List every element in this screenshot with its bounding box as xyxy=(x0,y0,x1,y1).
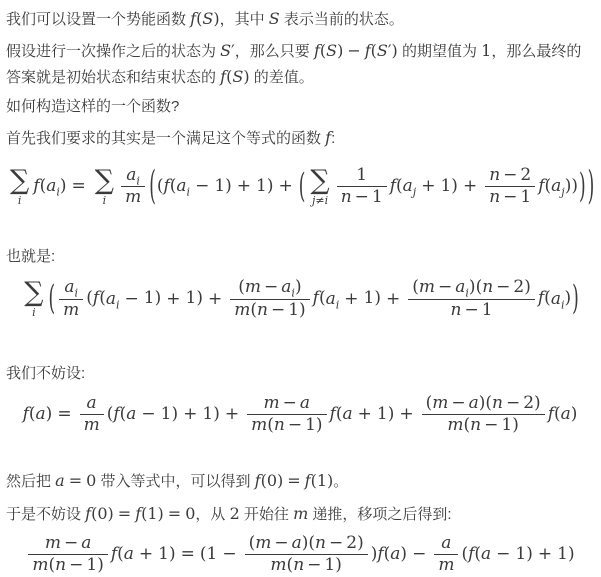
text-segment: ，其中 xyxy=(220,11,269,28)
text-segment: 的差值。 xyxy=(250,69,314,86)
inline-math-f0-f1-zero: f(0)=f(1)=0 xyxy=(85,504,195,523)
paragraph-recurrence-setup: 于是不妨设 f(0)=f(1)=0，从 2 开始往 m 递推，移项之后得到: xyxy=(6,501,594,527)
paragraph-assume: 我们不妨设: xyxy=(6,361,594,386)
inline-math-two: 2 xyxy=(230,504,240,523)
inline-math-a-equals-0: a=0 xyxy=(55,471,96,490)
text-segment: 也就是: xyxy=(6,248,55,265)
text-segment: 开始往 xyxy=(240,506,293,523)
text-segment: 我们不妨设: xyxy=(6,365,85,382)
text-segment: ，那么只要 xyxy=(235,43,314,60)
text-segment: 首先我们要求的其实是一个满足这个等式的函数 xyxy=(6,130,325,147)
text-segment: 的期望值为 xyxy=(398,43,481,60)
text-segment: 表示当前的状态。 xyxy=(280,11,404,28)
display-formula-expanded-sum: ∑i(aim(f(ai−1)+1)+(m−ai)m(n−1)f(ai+1)+(m… xyxy=(6,269,594,328)
inline-math-f-of-S: f(S) xyxy=(190,9,219,28)
inline-math-S-prime: S′ xyxy=(220,41,235,60)
text-segment: 如何构造这样的一个函数? xyxy=(6,98,179,115)
paragraph-substitute-a0: 然后把 a=0 带入等式中，可以得到 f(0)=f(1)。 xyxy=(6,468,594,494)
display-formula-f-a-definition: f(a)=am(f(a−1)+1)+m−am(n−1)f(a+1)+(m−a)(… xyxy=(6,389,594,440)
inline-math-f0-equals-f1: f(0)=f(1) xyxy=(255,471,334,490)
inline-math-m: m xyxy=(293,504,308,523)
text-segment: 假设进行一次操作之后的状态为 xyxy=(6,43,220,60)
paragraph-expectation-condition: 假设进行一次操作之后的状态为 S′，那么只要 f(S)−f(S′) 的期望值为 … xyxy=(6,38,594,90)
text-segment: 我们可以设置一个势能函数 xyxy=(6,11,190,28)
text-segment: : xyxy=(331,130,335,147)
paragraph-that-is: 也就是: xyxy=(6,244,594,269)
display-formula-sum-identity: ∑if(ai)=∑iaim((f(ai−1)+1)+(∑j≠i1n−1f(aj+… xyxy=(6,153,594,220)
inline-math-fS-minus-fS-prime: f(S)−f(S′) xyxy=(314,41,398,60)
inline-math-one: 1 xyxy=(481,41,491,60)
paragraph-how-to-construct: 如何构造这样的一个函数? xyxy=(6,94,594,119)
article-content: 我们可以设置一个势能函数 f(S)，其中 S 表示当前的状态。 假设进行一次操作… xyxy=(6,6,594,577)
paragraph-requirement: 首先我们要求的其实是一个满足这个等式的函数 f: xyxy=(6,125,594,151)
inline-math-S: S xyxy=(269,9,280,28)
text-segment: 递推，移项之后得到: xyxy=(308,506,451,523)
text-segment: 带入等式中，可以得到 xyxy=(96,473,254,490)
text-segment: 然后把 xyxy=(6,473,55,490)
text-segment: 于是不妨设 xyxy=(6,506,85,523)
document-page: { "page": { "background": "#ffffff", "te… xyxy=(0,0,601,577)
paragraph-potential-function-intro: 我们可以设置一个势能函数 f(S)，其中 S 表示当前的状态。 xyxy=(6,6,594,32)
text-segment: ，从 xyxy=(195,506,229,523)
inline-math-f-of-S: f(S) xyxy=(220,67,249,86)
display-formula-recurrence: m−am(n−1)f(a+1)=(1−(m−a)(n−2)m(n−1))f(a)… xyxy=(6,531,594,577)
text-segment: 。 xyxy=(333,473,348,490)
